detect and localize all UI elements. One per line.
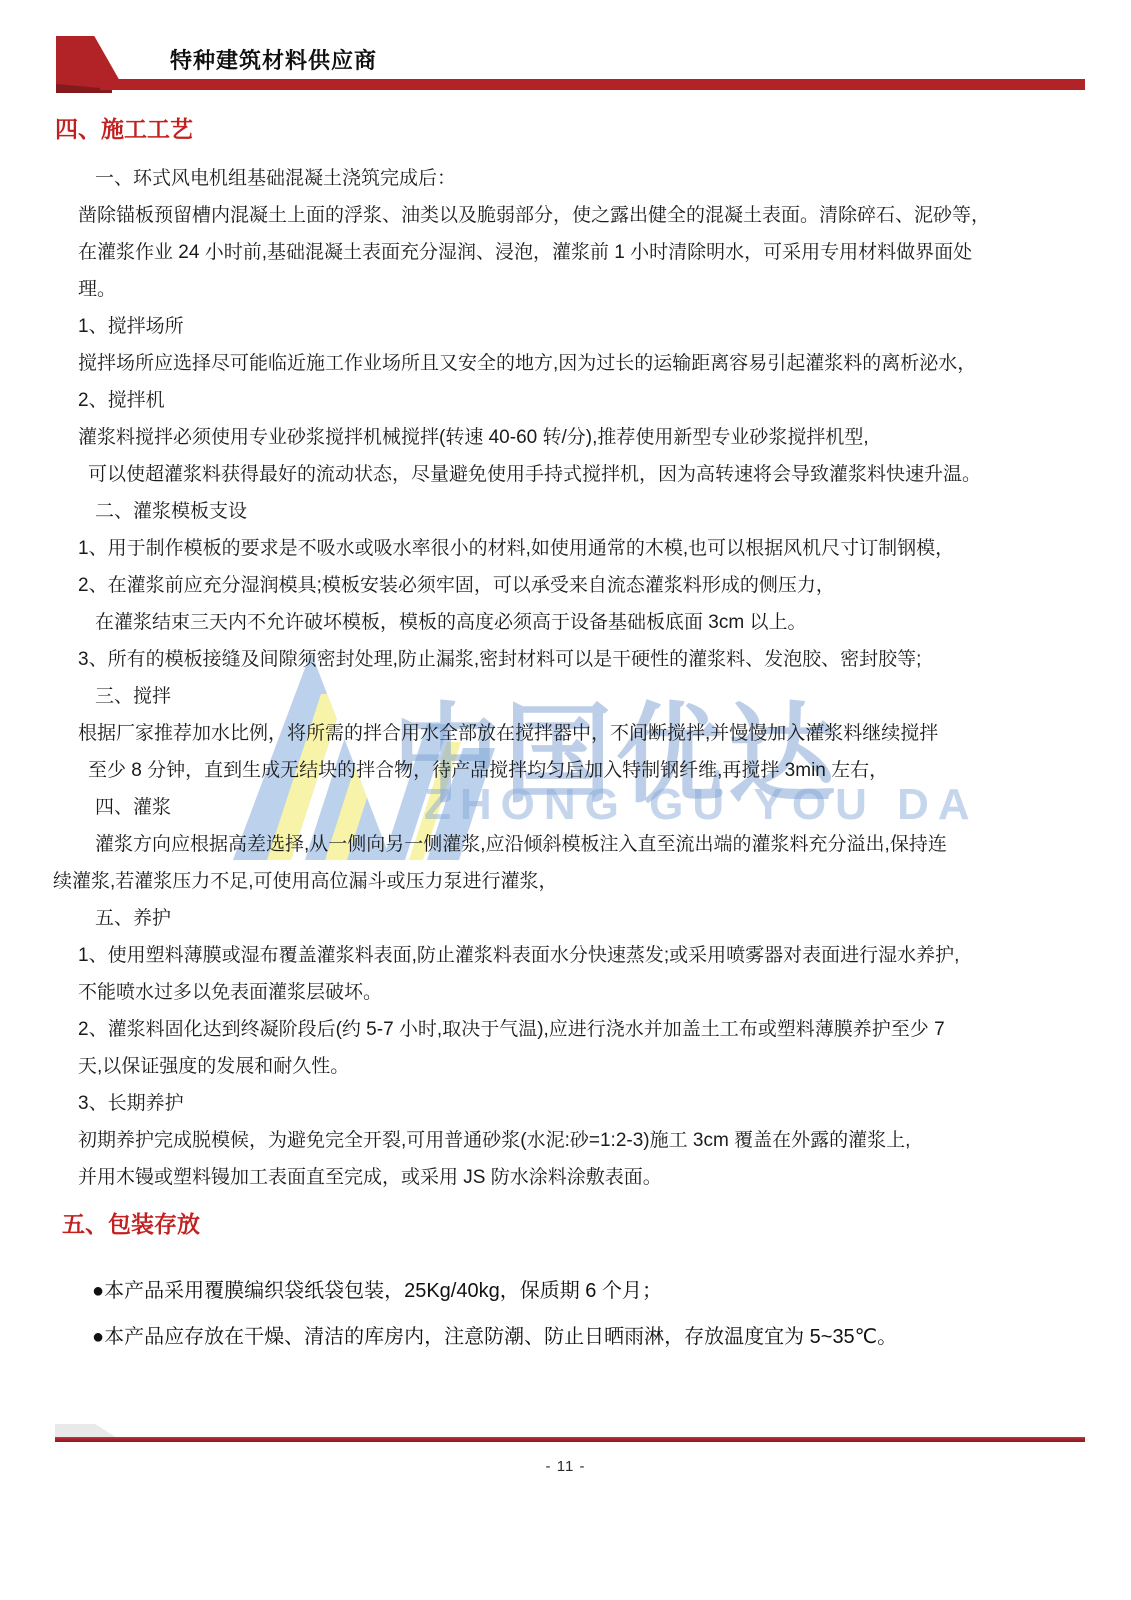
header-title: 特种建筑材料供应商 [170,44,377,75]
body-line: 三、搅拌 [0,678,1131,715]
page-number: - 11 - [0,1458,1131,1475]
body-line: 续灌浆,若灌浆压力不足,可使用高位漏斗或压力泵进行灌浆， [0,863,1131,900]
body-line: 理。 [0,271,1131,308]
body-line: 在灌浆结束三天内不允许破坏模板，模板的高度必须高于设备基础板底面 3cm 以上。 [0,604,1131,641]
body-text: 一、环式风电机组基础混凝土浇筑完成后：凿除锚板预留槽内混凝土上面的浮浆、油类以及… [0,160,1131,1196]
body-line: 至少 8 分钟，直到生成无结块的拌合物，待产品搅拌均匀后加入特制钢纤维,再搅拌 … [0,752,1131,789]
body-line: 并用木镘或塑料镘加工表面直至完成，或采用 JS 防水涂料涂敷表面。 [0,1159,1131,1196]
section-heading-packaging-storage: 五、包装存放 [62,1206,200,1239]
body-line: 2、搅拌机 [0,382,1131,419]
body-line: 根据厂家推荐加水比例，将所需的拌合用水全部放在搅拌器中，不间断搅拌,并慢慢加入灌… [0,715,1131,752]
body-line: 凿除锚板预留槽内混凝土上面的浮浆、油类以及脆弱部分，使之露出健全的混凝土表面。清… [0,197,1131,234]
document-page: 特种建筑材料供应商 中国优达 ZHONG GU YOU DA 四、施工工艺 一、… [0,0,1131,1600]
body-line: 1、使用塑料薄膜或湿布覆盖灌浆料表面,防止灌浆料表面水分快速蒸发;或采用喷雾器对… [0,937,1131,974]
bullet-item: ●本产品采用覆膜编织袋纸袋包装，25Kg/40kg，保质期 6 个月； [0,1268,1131,1314]
body-line: 1、搅拌场所 [0,308,1131,345]
body-line: 灌浆料搅拌必须使用专业砂浆搅拌机械搅拌(转速 40-60 转/分),推荐使用新型… [0,419,1131,456]
bullet-list: ●本产品采用覆膜编织袋纸袋包装，25Kg/40kg，保质期 6 个月；●本产品应… [0,1268,1131,1360]
bullet-item: ●本产品应存放在干燥、清洁的库房内，注意防潮、防止日晒雨淋，存放温度宜为 5~3… [0,1314,1131,1360]
body-line: 初期养护完成脱模候，为避免完全开裂,可用普通砂浆(水泥:砂=1:2-3)施工 3… [0,1122,1131,1159]
body-line: 天,以保证强度的发展和耐久性。 [0,1048,1131,1085]
body-line: 在灌浆作业 24 小时前,基础混凝土表面充分湿润、浸泡，灌浆前 1 小时清除明水… [0,234,1131,271]
body-line: 可以使超灌浆料获得最好的流动状态，尽量避免使用手持式搅拌机，因为高转速将会导致灌… [0,456,1131,493]
body-line: 二、灌浆模板支设 [0,493,1131,530]
section-heading-construction-process: 四、施工工艺 [55,111,193,144]
body-line: 1、用于制作模板的要求是不吸水或吸水率很小的材料,如使用通常的木模,也可以根据风… [0,530,1131,567]
body-line: 四、灌浆 [0,789,1131,826]
footer-gray-ribbon [55,1424,117,1438]
body-line: 灌浆方向应根据高差选择,从一侧向另一侧灌浆,应沿倾斜模板注入直至流出端的灌浆料充… [0,826,1131,863]
body-line: 2、灌浆料固化达到终凝阶段后(约 5-7 小时,取决于气温),应进行浇水并加盖土… [0,1011,1131,1048]
body-line: 3、长期养护 [0,1085,1131,1122]
header-rule [100,79,1085,90]
body-line: 搅拌场所应选择尽可能临近施工作业场所且又安全的地方,因为过长的运输距离容易引起灌… [0,345,1131,382]
body-line: 2、在灌浆前应充分湿润模具;模板安装必须牢固，可以承受来自流态灌浆料形成的侧压力… [0,567,1131,604]
footer-rule [55,1437,1085,1442]
body-line: 不能喷水过多以免表面灌浆层破坏。 [0,974,1131,1011]
body-line: 一、环式风电机组基础混凝土浇筑完成后： [0,160,1131,197]
body-line: 五、养护 [0,900,1131,937]
body-line: 3、所有的模板接缝及间隙须密封处理,防止漏浆,密封材料可以是干硬性的灌浆料、发泡… [0,641,1131,678]
